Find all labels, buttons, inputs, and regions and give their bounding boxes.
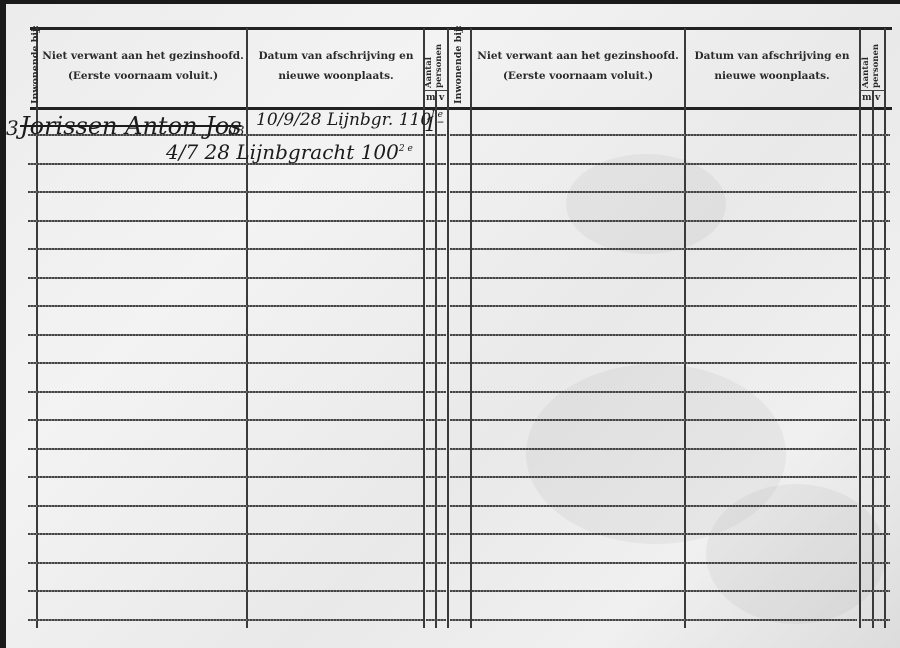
row-rule — [862, 334, 890, 336]
entry-birth-suffix: 03 — [228, 124, 245, 139]
row-rule — [28, 562, 423, 564]
row-rule — [450, 134, 470, 136]
entry-count-v: – — [437, 114, 444, 130]
row-rule — [862, 590, 890, 592]
row-rule — [426, 191, 446, 193]
row-rule — [472, 134, 857, 136]
row-rule — [450, 305, 470, 307]
row-rule — [426, 362, 446, 364]
row-rule — [450, 334, 470, 336]
row-rule — [472, 220, 857, 222]
row-rule — [472, 476, 857, 478]
entry-date-address-1: 10/9/28 Lijnbgr. 110I e — [256, 110, 443, 130]
row-rule — [862, 619, 890, 621]
row-rule — [426, 533, 446, 535]
row-rule — [450, 619, 470, 621]
header-date-right: Datum van afschrijving en nieuwe woonpla… — [686, 46, 858, 86]
row-rule — [862, 533, 890, 535]
column-divider — [872, 90, 874, 628]
row-rule — [450, 248, 470, 250]
row-rule — [426, 419, 446, 421]
row-rule — [28, 476, 423, 478]
row-rule — [472, 505, 857, 507]
row-rule — [28, 191, 423, 193]
row-rule — [28, 248, 423, 250]
row-rule — [472, 619, 857, 621]
column-divider — [435, 90, 437, 628]
header-date-left: Datum van afschrijving en nieuwe woonpla… — [250, 46, 422, 86]
row-rule — [28, 277, 423, 279]
row-rule — [450, 163, 470, 165]
header-count-left: Aantal personen — [424, 44, 444, 88]
row-rule — [472, 419, 857, 421]
row-rule — [862, 362, 890, 364]
row-rule — [426, 334, 446, 336]
row-rule — [28, 505, 423, 507]
row-rule — [472, 362, 857, 364]
header-count-right: Aantal personen — [861, 44, 881, 88]
row-rule — [450, 562, 470, 564]
header-bottom-rule — [30, 107, 892, 110]
row-rule — [426, 476, 446, 478]
row-rule — [426, 220, 446, 222]
row-rule — [426, 305, 446, 307]
column-divider — [447, 28, 449, 628]
row-rule — [28, 305, 423, 307]
entry-count-m: 1 — [424, 112, 437, 136]
row-rule — [426, 590, 446, 592]
row-rule — [862, 248, 890, 250]
row-rule — [450, 590, 470, 592]
row-rule — [426, 505, 446, 507]
column-divider — [684, 28, 686, 628]
register-page: Inwonende bij: Niet verwant aan het gezi… — [6, 4, 900, 648]
row-rule — [28, 419, 423, 421]
header-name-right: Niet verwant aan het gezinshoofd. (Eerst… — [472, 46, 684, 86]
header-v-right: v — [875, 93, 880, 103]
row-rule — [450, 277, 470, 279]
row-rule — [450, 191, 470, 193]
header-m-right: m — [862, 93, 872, 103]
row-rule — [472, 391, 857, 393]
row-rule — [862, 134, 890, 136]
row-rule — [862, 505, 890, 507]
row-rule — [862, 220, 890, 222]
entry-date-address-2: 4/7 28 Lijnbgracht 1002 e — [166, 140, 413, 164]
entry-name: Jorissen Anton Jos — [20, 112, 242, 140]
row-rule — [426, 163, 446, 165]
row-rule — [28, 220, 423, 222]
header-v-left: v — [439, 93, 444, 103]
row-rule — [450, 505, 470, 507]
column-divider — [859, 28, 861, 628]
row-rule — [472, 448, 857, 450]
header-resident-right: Inwonende bij: — [453, 25, 464, 104]
column-divider — [246, 28, 248, 628]
row-rule — [862, 163, 890, 165]
row-rule — [472, 191, 857, 193]
row-rule — [426, 277, 446, 279]
row-rule — [862, 476, 890, 478]
row-rule — [472, 562, 857, 564]
row-rule — [472, 248, 857, 250]
row-rule — [472, 590, 857, 592]
header-m-left: m — [426, 93, 436, 103]
row-rule — [472, 533, 857, 535]
row-rule — [426, 248, 446, 250]
row-rule — [426, 448, 446, 450]
row-rule — [862, 448, 890, 450]
row-rule — [450, 476, 470, 478]
row-rule — [862, 391, 890, 393]
row-rule — [862, 419, 890, 421]
row-rule — [862, 562, 890, 564]
mv-rule — [859, 90, 884, 91]
row-number: 3 — [6, 116, 19, 140]
row-rule — [28, 590, 423, 592]
column-divider — [470, 28, 472, 628]
row-rule — [862, 191, 890, 193]
row-rule — [450, 362, 470, 364]
row-rule — [862, 305, 890, 307]
stain — [566, 154, 726, 254]
row-rule — [450, 391, 470, 393]
header-name-left: Niet verwant aan het gezinshoofd. (Eerst… — [40, 46, 246, 86]
row-rule — [28, 362, 423, 364]
row-rule — [472, 277, 857, 279]
row-rule — [28, 448, 423, 450]
row-rule — [450, 448, 470, 450]
row-rule — [426, 391, 446, 393]
row-rule — [28, 619, 423, 621]
row-rule — [28, 334, 423, 336]
row-rule — [472, 334, 857, 336]
row-rule — [426, 619, 446, 621]
row-rule — [28, 533, 423, 535]
row-rule — [862, 277, 890, 279]
row-rule — [28, 391, 423, 393]
row-rule — [450, 419, 470, 421]
row-rule — [450, 533, 470, 535]
row-rule — [450, 220, 470, 222]
mv-rule — [423, 90, 447, 91]
row-rule — [472, 163, 857, 165]
row-rule — [472, 305, 857, 307]
row-rule — [426, 562, 446, 564]
column-divider — [884, 28, 886, 628]
